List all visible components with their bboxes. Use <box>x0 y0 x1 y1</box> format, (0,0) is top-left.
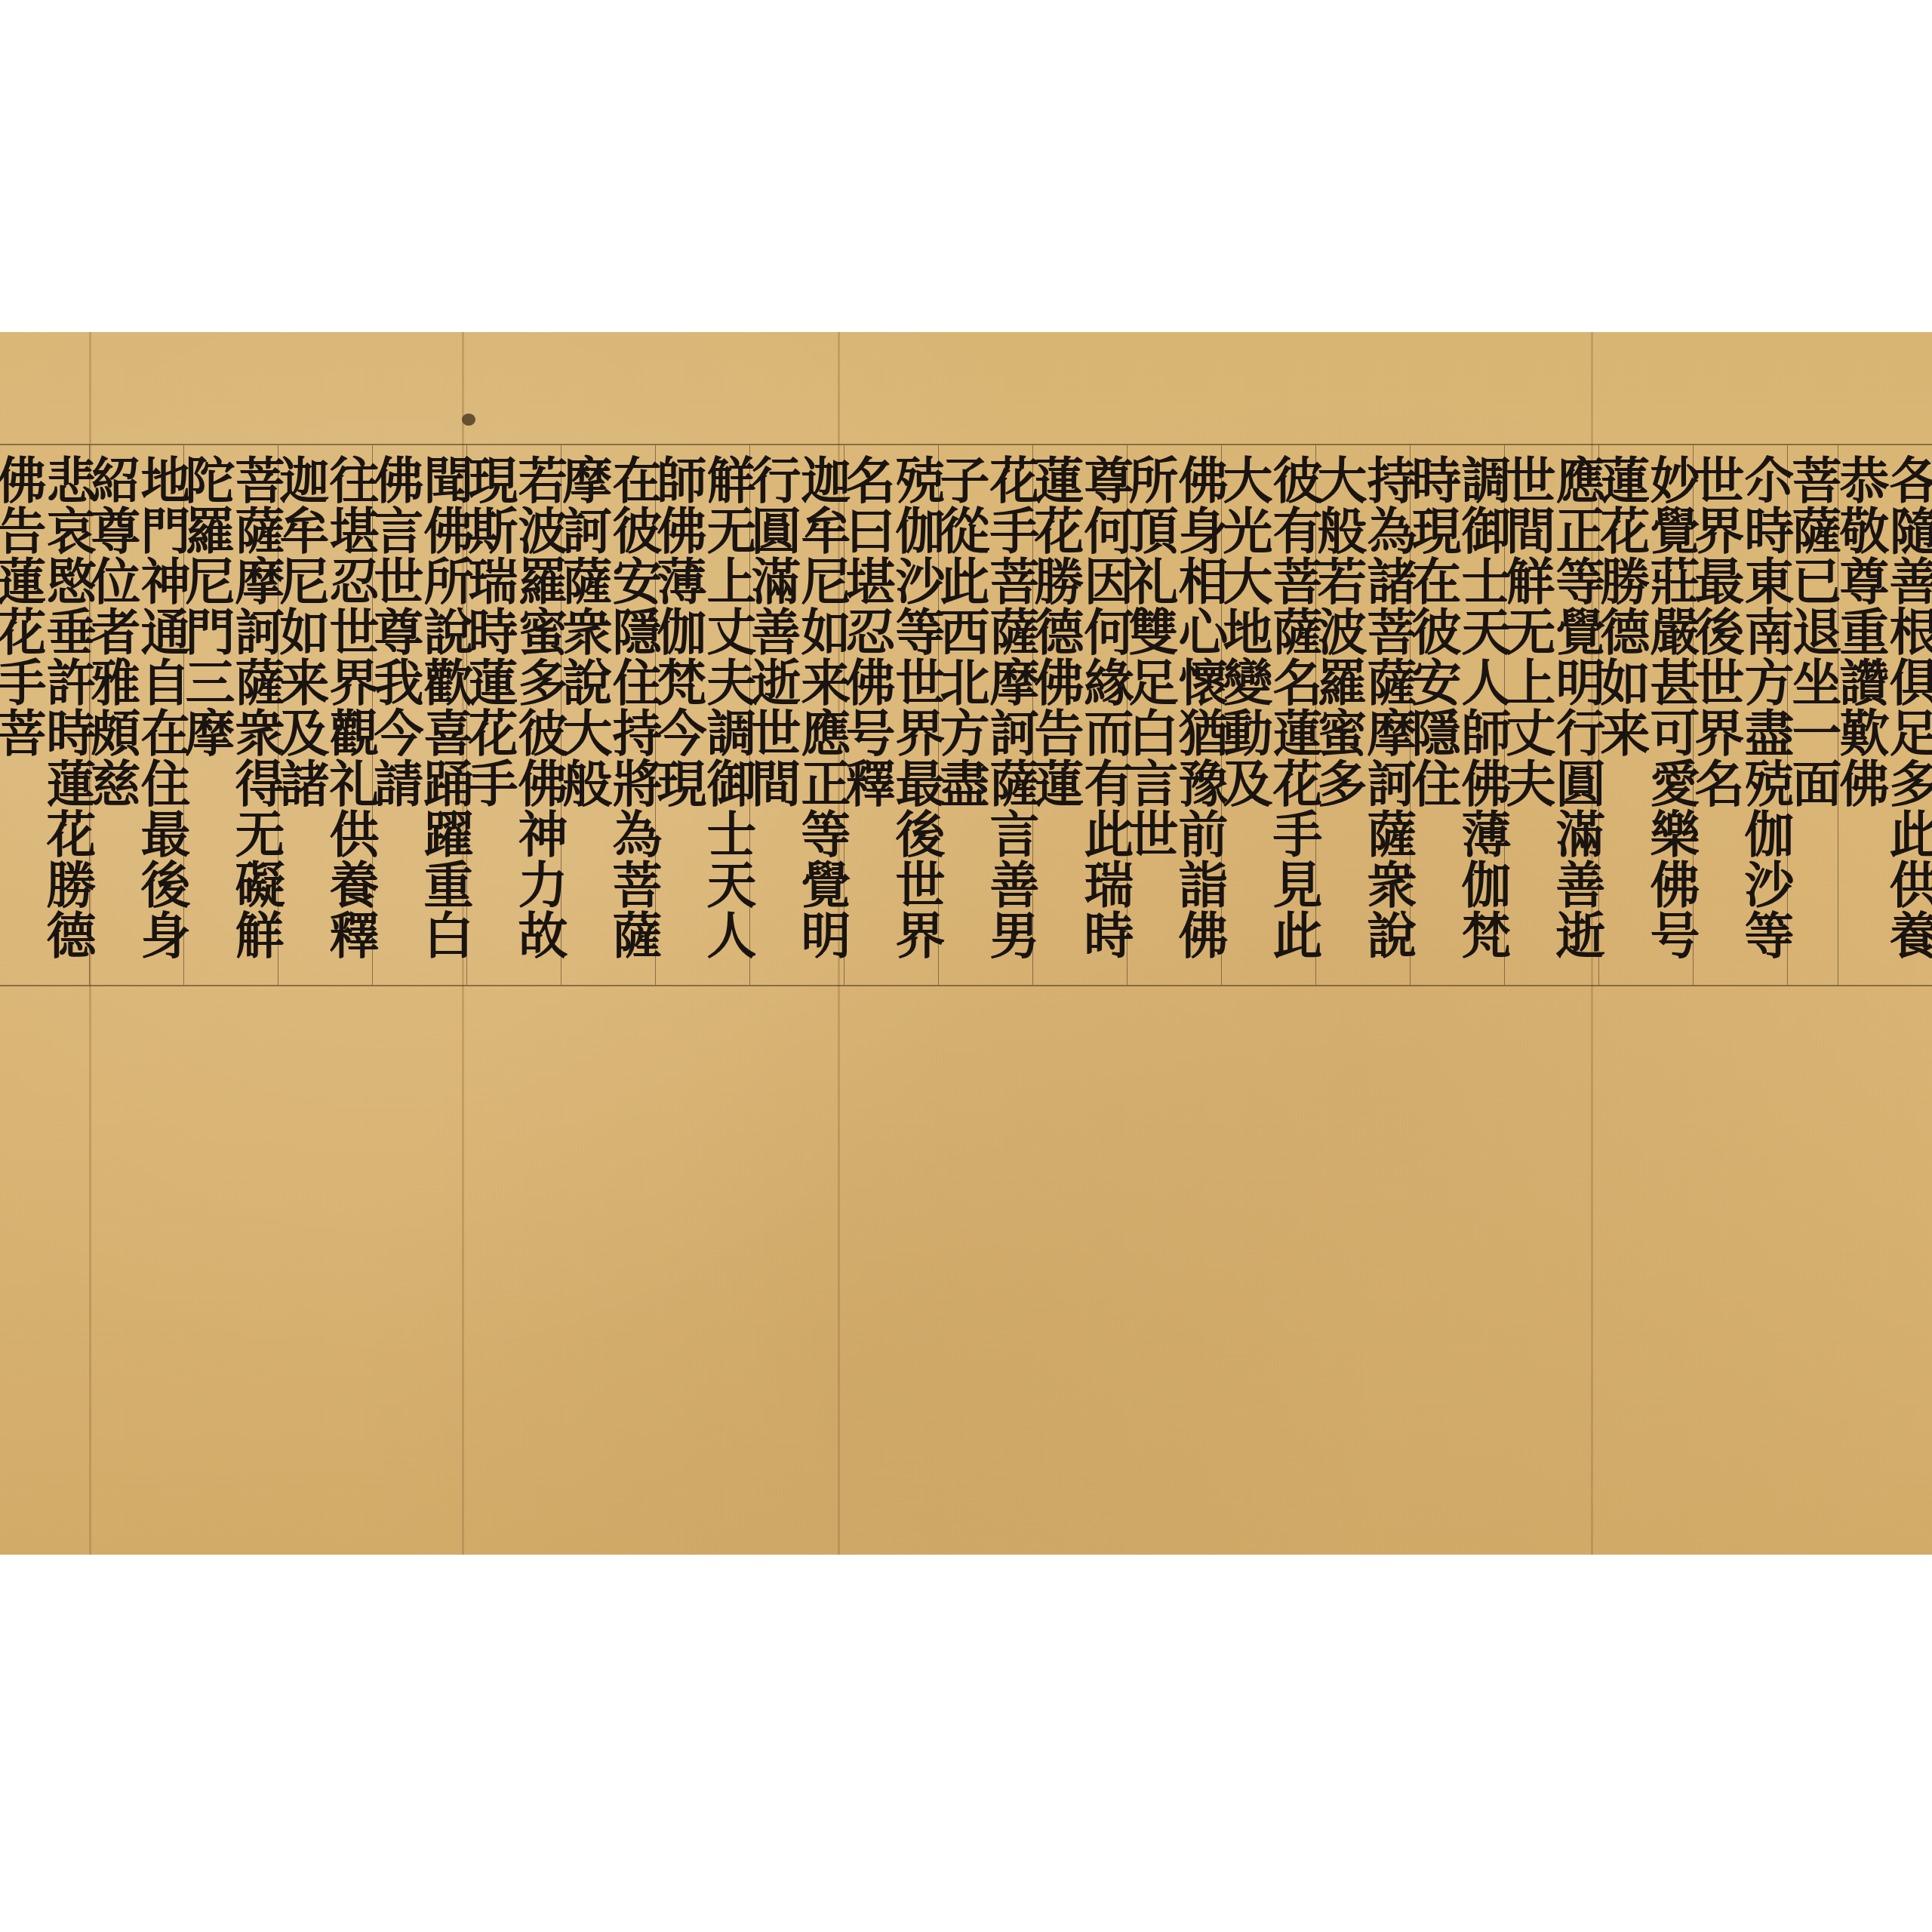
text-column: 迦牟尼如来應正等覺明行圓滿善逝世間 <box>749 445 844 985</box>
column-text: 迦牟尼如来應正等覺明行圓滿善逝世間 <box>747 445 847 985</box>
column-text: 尒時東南方盡殑伽沙等世界最後世界名 <box>1690 445 1790 985</box>
ink-stain <box>462 414 475 426</box>
column-text: 地門神通自在住最後身紹尊位者雅頗慈 <box>87 445 186 985</box>
text-column: 尊何因何緣而有此瑞時蓮花勝德佛告蓮 <box>1032 445 1127 985</box>
column-text: 菩薩摩訶薩衆得无礙觧陀羅尼門三摩 <box>181 445 281 985</box>
column-text: 花手菩薩摩訶薩言善男子從此西北方盡 <box>936 445 1035 985</box>
bottom-ruled-line <box>0 985 1932 986</box>
text-column: 各隨善根俱足多此供養恭敬尊重讚歎佛 <box>1838 445 1932 985</box>
text-column: 悲哀愍垂許時蓮花勝德佛告蓮花手菩 <box>0 445 89 985</box>
text-column: 妙覺莊嚴甚可愛樂佛号蓮花勝德如来 <box>1598 445 1693 985</box>
text-column: 觧无上丈夫調御士天人師佛薄伽梵今現 <box>655 445 749 985</box>
column-text: 彼有菩薩名蓮花手見此大光大地變動及 <box>1219 445 1318 985</box>
column-text: 往堪忍世界觀礼供養釋迦牟尼如来及諸 <box>275 445 375 985</box>
column-text: 佛身相心懷猶豫前詣佛所頂礼雙足白言世 <box>1124 445 1224 985</box>
column-text: 在彼安隱住持將為菩薩摩訶薩衆說大般 <box>558 445 658 985</box>
text-column: 聞佛所說歡喜踊躍重白佛言世尊我今請 <box>372 445 466 985</box>
text-column: 調御士天人師佛薄伽梵時現在彼安隱住 <box>1410 445 1504 985</box>
text-column: 持為諸菩薩摩訶薩衆說大般若波羅蜜多 <box>1315 445 1410 985</box>
text-column: 彼有菩薩名蓮花手見此大光大地變動及 <box>1221 445 1315 985</box>
text-column: 往堪忍世界觀礼供養釋迦牟尼如来及諸 <box>278 445 372 985</box>
text-column: 殑伽沙等世界最後世界名曰堪忍佛号釋 <box>844 445 938 985</box>
text-column: 花手菩薩摩訶薩言善男子從此西北方盡 <box>938 445 1032 985</box>
column-text: 各隨善根俱足多此供養恭敬尊重讚歎佛 <box>1835 445 1932 985</box>
column-text: 調御士天人師佛薄伽梵時現在彼安隱住 <box>1407 445 1507 985</box>
column-text: 妙覺莊嚴甚可愛樂佛号蓮花勝德如来 <box>1596 445 1696 985</box>
column-text: 觧无上丈夫調御士天人師佛薄伽梵今現 <box>653 445 752 985</box>
text-column: 地門神通自在住最後身紹尊位者雅頗慈 <box>89 445 183 985</box>
text-column: 應正等覺明行圓滿善逝世間觧无上丈夫 <box>1504 445 1598 985</box>
column-text: 應正等覺明行圓滿善逝世間觧无上丈夫 <box>1502 445 1601 985</box>
sutra-scroll: 各隨善根俱足多此供養恭敬尊重讚歎佛 菩薩已退坐一面 尒時東南方盡殑伽沙等世界最後… <box>0 332 1932 1555</box>
text-columns: 各隨善根俱足多此供養恭敬尊重讚歎佛 菩薩已退坐一面 尒時東南方盡殑伽沙等世界最後… <box>0 445 1932 985</box>
column-text: 尊何因何緣而有此瑞時蓮花勝德佛告蓮 <box>1030 445 1130 985</box>
column-text: 聞佛所說歡喜踊躍重白佛言世尊我今請 <box>370 445 469 985</box>
column-text: 菩薩已退坐一面 <box>1788 445 1838 985</box>
column-text: 殑伽沙等世界最後世界名曰堪忍佛号釋 <box>841 445 941 985</box>
text-column: 尒時東南方盡殑伽沙等世界最後世界名 <box>1693 445 1787 985</box>
text-column: 若波羅蜜多彼佛神力故現斯瑞時蓮花手 <box>466 445 561 985</box>
column-text: 悲哀愍垂許時蓮花勝德佛告蓮花手菩 <box>0 445 92 985</box>
column-text: 持為諸菩薩摩訶薩衆說大般若波羅蜜多 <box>1313 445 1413 985</box>
column-text: 若波羅蜜多彼佛神力故現斯瑞時蓮花手 <box>464 445 564 985</box>
text-column: 菩薩已退坐一面 <box>1787 445 1838 985</box>
text-column: 佛身相心懷猶豫前詣佛所頂礼雙足白言世 <box>1127 445 1221 985</box>
text-column: 菩薩摩訶薩衆得无礙觧陀羅尼門三摩 <box>183 445 278 985</box>
text-column: 在彼安隱住持將為菩薩摩訶薩衆說大般 <box>561 445 655 985</box>
